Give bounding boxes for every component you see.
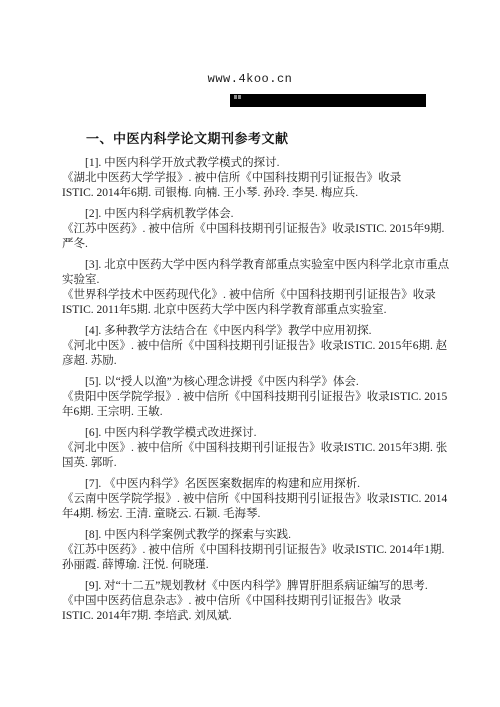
redaction-marks-icon — [233, 94, 241, 99]
redaction-bar — [230, 94, 426, 107]
reference-line: [7]. 《中医内科学》名医医案数据库的构建和应用探析. — [62, 477, 445, 492]
reference-line: 实验室. — [62, 273, 445, 288]
reference-item-1: [1]. 中医内科学开放式教学模式的探讨. 《湖北中医药大学学报》. 被中信所《… — [62, 156, 445, 201]
document-page: www.4koo.cn 一、中医内科学论文期刊参考文献 [1]. 中医内科学开放… — [0, 72, 500, 624]
reference-line: ISTIC. 2014年7期. 李培武. 刘凤斌. — [62, 609, 445, 624]
reference-line: [6]. 中医内科学教学模式改进探讨. — [62, 426, 445, 441]
reference-line: 《中国中医药信息杂志》. 被中信所《中国科技期刊引证报告》收录 — [62, 594, 445, 609]
reference-line: 彦超. 苏励. — [62, 354, 445, 369]
reference-line: ISTIC. 2014年6期. 司银梅. 向楠. 王小琴. 孙玲. 李昊. 梅应… — [62, 186, 445, 201]
reference-line: 《贵阳中医学院学报》. 被中信所《中国科技期刊引证报告》收录ISTIC. 201… — [62, 390, 445, 405]
reference-line: 《湖北中医药大学学报》. 被中信所《中国科技期刊引证报告》收录 — [62, 171, 445, 186]
reference-line: [9]. 对“十二五”规划教材《中医内科学》脾胃肝胆系病证编写的思考. — [62, 579, 445, 594]
reference-line: [8]. 中医内科学案例式教学的探索与实践. — [62, 528, 445, 543]
reference-line: 国英. 郭昕. — [62, 456, 445, 471]
reference-line: 《江苏中医药》. 被中信所《中国科技期刊引证报告》收录ISTIC. 2014年1… — [62, 543, 445, 558]
reference-item-4: [4]. 多种教学方法结合在《中医内科学》教学中应用初探. 《河北中医》. 被中… — [62, 324, 445, 369]
reference-item-6: [6]. 中医内科学教学模式改进探讨. 《河北中医》. 被中信所《中国科技期刊引… — [62, 426, 445, 471]
reference-item-9: [9]. 对“十二五”规划教材《中医内科学》脾胃肝胆系病证编写的思考. 《中国中… — [62, 579, 445, 624]
reference-line: 严冬. — [62, 237, 445, 252]
reference-line: 年6期. 王宗明. 王敏. — [62, 405, 445, 420]
reference-line: [4]. 多种教学方法结合在《中医内科学》教学中应用初探. — [62, 324, 445, 339]
reference-item-7: [7]. 《中医内科学》名医医案数据库的构建和应用探析. 《云南中医学院学报》.… — [62, 477, 445, 522]
reference-line: ISTIC. 2011年5期. 北京中医药大学中医内科学教育部重点实验室. — [62, 303, 445, 318]
reference-item-8: [8]. 中医内科学案例式教学的探索与实践. 《江苏中医药》. 被中信所《中国科… — [62, 528, 445, 573]
reference-line: 《云南中医学院学报》. 被中信所《中国科技期刊引证报告》收录ISTIC. 201… — [62, 492, 445, 507]
reference-item-5: [5]. 以“授人以渔”为核心理念讲授《中医内科学》体会. 《贵阳中医学院学报》… — [62, 375, 445, 420]
reference-line: [2]. 中医内科学病机教学体会. — [62, 207, 445, 222]
document-content: 一、中医内科学论文期刊参考文献 [1]. 中医内科学开放式教学模式的探讨. 《湖… — [0, 128, 500, 624]
reference-line: 《河北中医》. 被中信所《中国科技期刊引证报告》收录ISTIC. 2015年6期… — [62, 339, 445, 354]
reference-item-2: [2]. 中医内科学病机教学体会. 《江苏中医药》. 被中信所《中国科技期刊引证… — [62, 207, 445, 252]
section-heading: 一、中医内科学论文期刊参考文献 — [62, 128, 445, 147]
reference-line: [1]. 中医内科学开放式教学模式的探讨. — [62, 156, 445, 171]
reference-line: 《江苏中医药》. 被中信所《中国科技期刊引证报告》收录ISTIC. 2015年9… — [62, 222, 445, 237]
reference-line: 《河北中医》. 被中信所《中国科技期刊引证报告》收录ISTIC. 2015年3期… — [62, 441, 445, 456]
reference-line: 年4期. 杨宏. 王清. 童晓云. 石颖. 毛海琴. — [62, 507, 445, 522]
reference-line: [3]. 北京中医药大学中医内科学教育部重点实验室中医内科学北京市重点 — [62, 258, 445, 273]
reference-item-3: [3]. 北京中医药大学中医内科学教育部重点实验室中医内科学北京市重点 实验室.… — [62, 258, 445, 318]
reference-line: [5]. 以“授人以渔”为核心理念讲授《中医内科学》体会. — [62, 375, 445, 390]
reference-line: 孙丽霞. 薛博瑜. 汪悦. 何晓瑾. — [62, 558, 445, 573]
site-url-text: www.4koo.cn — [0, 72, 500, 86]
reference-line: 《世界科学技术中医药现代化》. 被中信所《中国科技期刊引证报告》收录 — [62, 288, 445, 303]
